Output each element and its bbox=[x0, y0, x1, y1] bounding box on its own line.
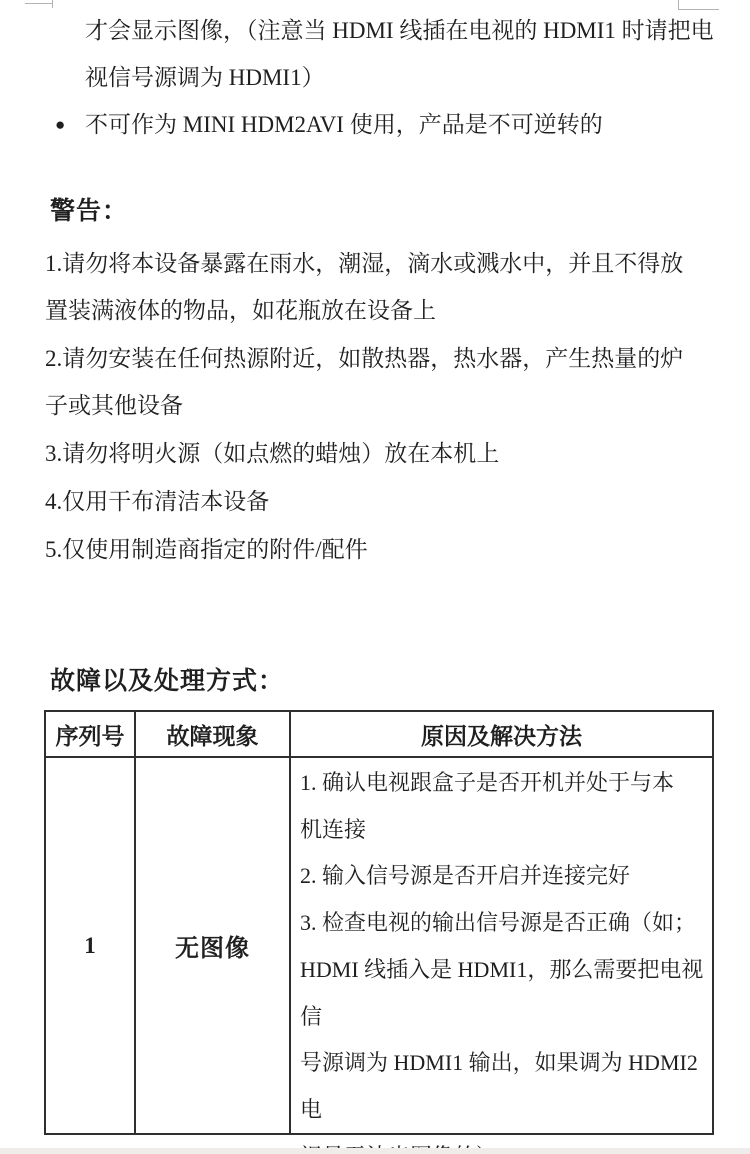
table-header-solution: 原因及解决方法 bbox=[291, 712, 712, 758]
table-row-symptom: 无图像 bbox=[136, 758, 291, 1133]
warning-heading: 警告： bbox=[50, 191, 128, 227]
text-boundary-mark-top-left-tick bbox=[52, 0, 53, 8]
table-header-symptom: 故障现象 bbox=[136, 712, 291, 758]
table-row-serial: 1 bbox=[46, 758, 136, 1133]
warning-item-4: 4.仅用干布清洁本设备 bbox=[45, 478, 722, 525]
table-row-solution: 1. 确认电视跟盒子是否开机并处于与本 机连接 2. 输入信号源是否开启并连接完… bbox=[291, 758, 712, 1133]
bullet-icon: ● bbox=[55, 101, 65, 148]
table-header-serial: 序列号 bbox=[46, 712, 136, 758]
warning-item-1: 1.请勿将本设备暴露在雨水，潮湿，滴水或溅水中，并且不得放 置装满液体的物品，如… bbox=[45, 240, 722, 334]
bullet-list-item: ● 不可作为 MINI HDM2AVI 使用，产品是不可逆转的 bbox=[0, 101, 750, 148]
intro-continuation-text: 才会显示图像，（注意当 HDMI 线插在电视的 HDMI1 时请把电 视信号源调… bbox=[85, 7, 720, 101]
bullet-item-text: 不可作为 MINI HDM2AVI 使用，产品是不可逆转的 bbox=[85, 101, 750, 148]
text-boundary-mark-top-left bbox=[25, 3, 53, 4]
troubleshooting-heading: 故障以及处理方式： bbox=[50, 661, 284, 697]
troubleshooting-table: 序列号 故障现象 原因及解决方法 1 无图像 1. 确认电视跟盒子是否开机并处于… bbox=[44, 710, 714, 1135]
warning-item-5: 5.仅使用制造商指定的附件/配件 bbox=[45, 526, 722, 573]
page-bottom-edge bbox=[0, 1148, 750, 1154]
warning-item-2: 2.请勿安装在任何热源附近，如散热器，热水器，产生热量的炉 子或其他设备 bbox=[45, 335, 722, 429]
manual-page: 才会显示图像，（注意当 HDMI 线插在电视的 HDMI1 时请把电 视信号源调… bbox=[0, 0, 750, 1154]
warning-list: 1.请勿将本设备暴露在雨水，潮湿，滴水或溅水中，并且不得放 置装满液体的物品，如… bbox=[45, 240, 722, 574]
warning-item-3: 3.请勿将明火源（如点燃的蜡烛）放在本机上 bbox=[45, 430, 722, 477]
